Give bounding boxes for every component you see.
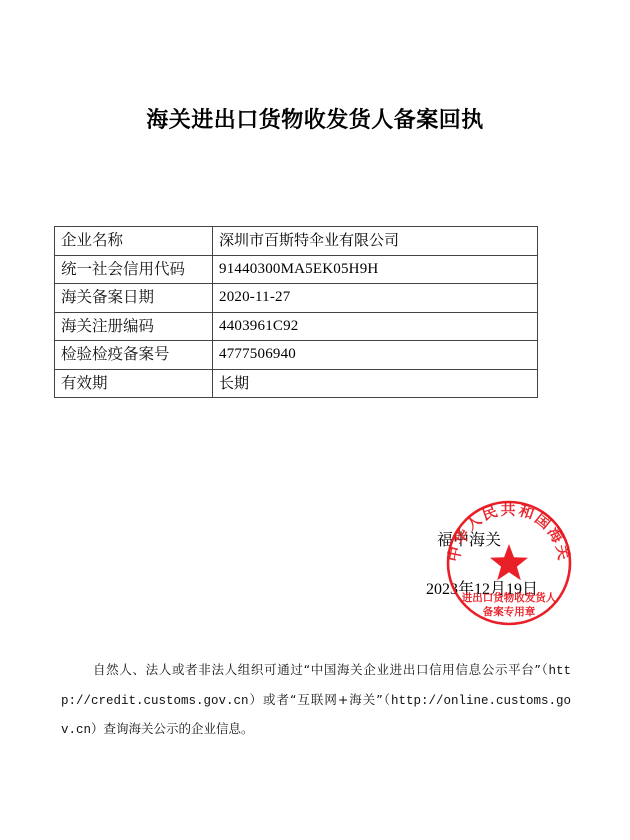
value-inspection-number: 4777506940 [213,341,538,370]
table-row-company-name: 企业名称 深圳市百斯特伞业有限公司 [55,227,538,256]
label-inspection-number: 检验检疫备案号 [55,341,213,370]
label-company-name: 企业名称 [55,227,213,256]
table-row-inspection-number: 检验检疫备案号 4777506940 [55,341,538,370]
value-credit-code: 91440300MA5EK05H9H [213,255,538,284]
public-info-notice: 自然人、法人或者非法人组织可通过“中国海关企业进出口信用信息公示平台”（http… [61,656,571,745]
notice-text-1: 自然人、法人或者非法人组织可通过“中国海关企业进出口信用信息公示平台”（ [93,662,548,677]
label-filing-date: 海关备案日期 [55,284,213,313]
value-company-name: 深圳市百斯特伞业有限公司 [213,227,538,256]
table-row-customs-code: 海关注册编码 4403961C92 [55,312,538,341]
table-row-filing-date: 海关备案日期 2020-11-27 [55,284,538,313]
value-validity: 长期 [213,369,538,398]
notice-text-2: ）或者“互联网+海关”（ [249,692,391,707]
issuing-office: 福中海关 [437,531,501,551]
document-title: 海关进出口货物收发货人备案回执 [0,104,630,138]
seal-line-2: 备案专用章 [483,605,536,618]
table-row-credit-code: 统一社会信用代码 91440300MA5EK05H9H [55,255,538,284]
table-row-validity: 有效期 长期 [55,369,538,398]
label-credit-code: 统一社会信用代码 [55,255,213,284]
value-customs-code: 4403961C92 [213,312,538,341]
official-seal-icon: 中华人民共和国海关 进出口货物收发货人 备案专用章 [444,498,574,628]
filing-info-table: 企业名称 深圳市百斯特伞业有限公司 统一社会信用代码 91440300MA5EK… [54,226,538,398]
notice-text-3: ）查询海关公示的企业信息。 [91,721,254,736]
issue-date: 2023年12月19日 [426,580,538,600]
value-filing-date: 2020-11-27 [213,284,538,313]
label-validity: 有效期 [55,369,213,398]
label-customs-code: 海关注册编码 [55,312,213,341]
